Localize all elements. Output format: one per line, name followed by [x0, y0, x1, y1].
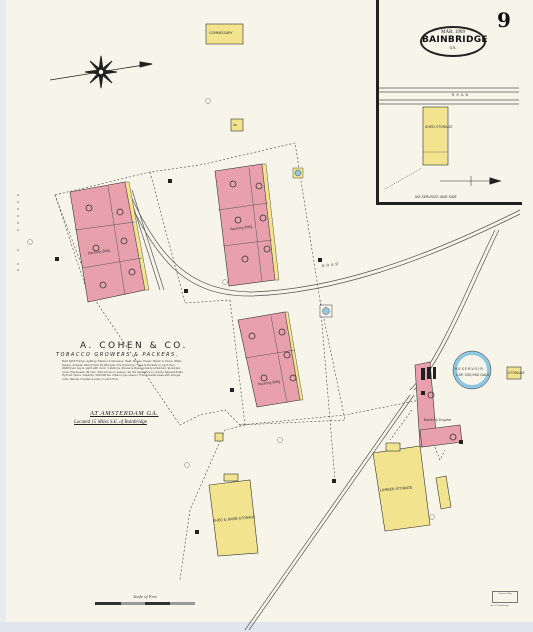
city-name: BAINBRIDGE: [422, 36, 484, 45]
commissary-label: COMMISSARY: [209, 31, 233, 35]
location-title: AT AMSTERDAM GA.: [90, 410, 159, 417]
inset-footer-label: NO SERVICES AND SIDE: [415, 195, 457, 199]
inset-building-label: SHED STORAGE: [425, 125, 453, 129]
compass-rose-icon: [50, 56, 152, 88]
warehouse-1: [70, 182, 149, 302]
company-name: A. COHEN & CO.: [80, 341, 188, 351]
reservoir-capacity: CAP. 200,000 GALS.: [456, 373, 491, 377]
storage-shed-label: STORAGE: [508, 371, 525, 375]
left-street-label: [17, 194, 19, 271]
archive-stamp-note: Sheet 9 Bainbridge: [490, 604, 509, 607]
page-number: 9: [497, 8, 511, 32]
scale-bar: Scale of Feet: [95, 594, 195, 605]
small-shed-right: [436, 476, 451, 509]
warehouse-3: [238, 312, 303, 407]
company-description: Built 1907-Frame. Lighting: Electric & K…: [62, 360, 184, 382]
boiler-house-label: Boiler & Engine: [424, 418, 451, 422]
scale-bar-graphic: [95, 602, 195, 605]
small-box-label: Ac: [233, 123, 237, 127]
well-markers: [293, 168, 332, 317]
archive-stamp: Sanborn Map: [492, 591, 518, 603]
reservoir-label: RESERVOIR: [455, 367, 484, 371]
state-name: GA.: [422, 45, 484, 50]
inset-road-label: ROAD: [452, 93, 470, 97]
location-subtitle: Located 15 Miles S.E. of Bainbridge: [74, 420, 147, 425]
company-subtitle: TOBACCO GROWERS & PACKERS.: [56, 352, 179, 358]
title-badge: MAR. 1909 BAINBRIDGE GA.: [420, 26, 486, 57]
scale-label: Scale of Feet: [95, 594, 195, 599]
